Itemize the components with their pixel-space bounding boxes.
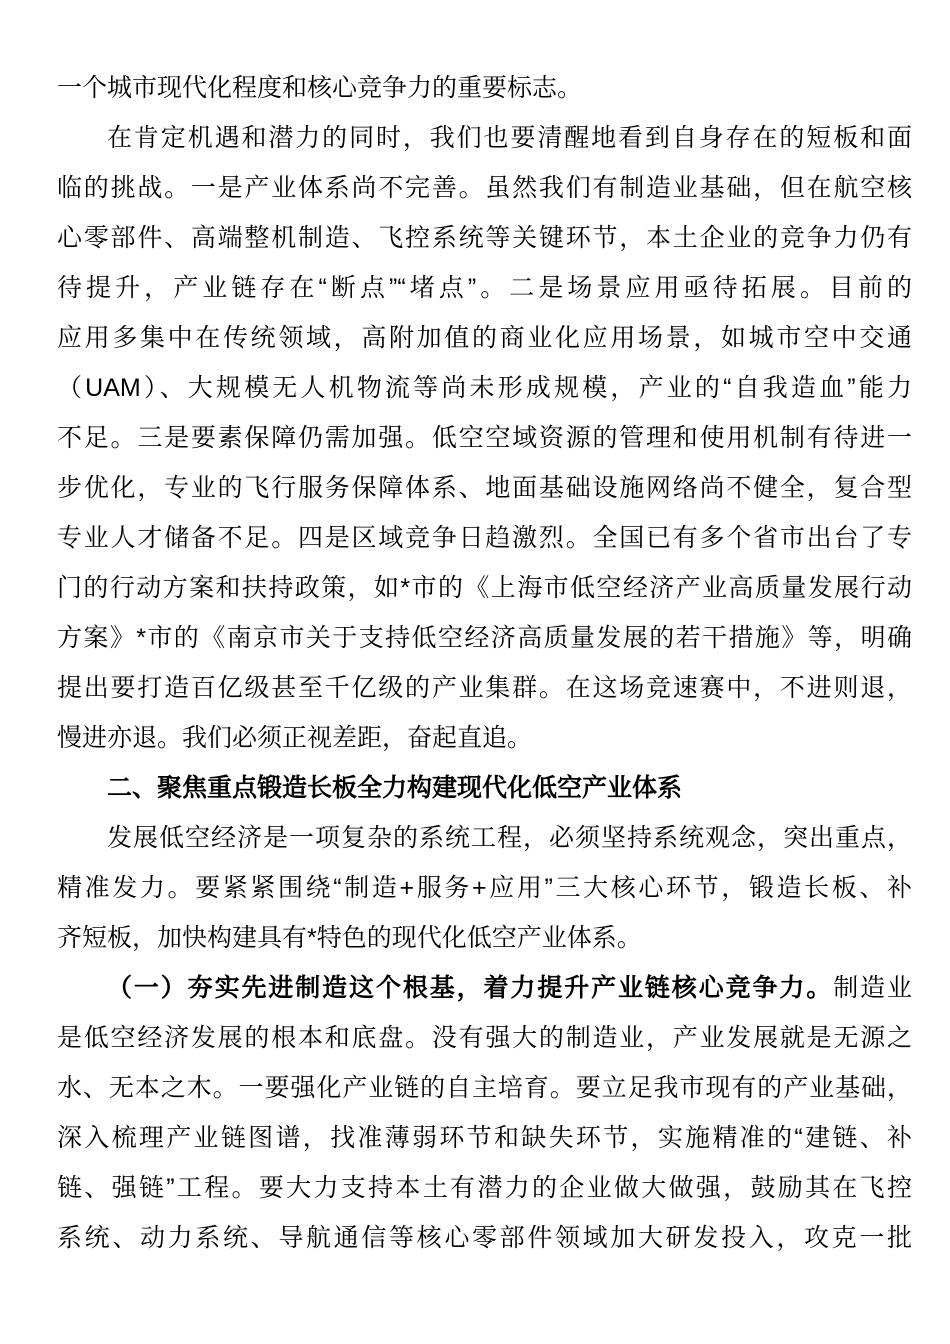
text-line-24: 系统、动力系统、导航通信等核心零部件领域加大研发投入，攻克一批 (57, 1213, 912, 1263)
text-line-1: 一个城市现代化程度和核心竞争力的重要标志。 (57, 63, 912, 113)
text-segment-bold: （一）夯实先进制造这个根基，着力提升产业链核心竞争力。 (107, 974, 833, 1002)
document-body: 一个城市现代化程度和核心竞争力的重要标志。在肯定机遇和潜力的同时，我们也要清醒地… (57, 63, 912, 1263)
text-line-5: 待提升，产业链存在“断点”“堵点”。二是场景应用亟待拓展。目前的 (57, 263, 912, 313)
text-line-21: 水、无本之木。一要强化产业链的自主培育。要立足我市现有的产业基础， (57, 1063, 912, 1113)
text-line-14: 慢进亦退。我们必须正视差距，奋起直追。 (57, 713, 912, 763)
text-line-7: （UAM）、大规模无人机物流等尚未形成规模，产业的“自我造血”能力 (57, 363, 912, 413)
text-line-10: 专业人才储备不足。四是区域竞争日趋激烈。全国已有多个省市出台了专 (57, 513, 912, 563)
text-line-6: 应用多集中在传统领域，高附加值的商业化应用场景，如城市空中交通 (57, 313, 912, 363)
text-line-17: 精准发力。要紧紧围绕“制造+服务+应用”三大核心环节，锻造长板、补 (57, 863, 912, 913)
text-line-23: 链、强链”工程。要大力支持本土有潜力的企业做大做强，鼓励其在飞控 (57, 1163, 912, 1213)
text-line-18: 齐短板，加快构建具有*特色的现代化低空产业体系。 (57, 913, 912, 963)
text-line-15: 二、聚焦重点锻造长板全力构建现代化低空产业体系 (57, 763, 912, 813)
text-line-8: 不足。三是要素保障仍需加强。低空空域资源的管理和使用机制有待进一 (57, 413, 912, 463)
text-line-19: （一）夯实先进制造这个根基，着力提升产业链核心竞争力。制造业 (57, 963, 912, 1013)
text-line-11: 门的行动方案和扶持政策，如*市的《上海市低空经济产业高质量发展行动 (57, 563, 912, 613)
text-line-3: 临的挑战。一是产业体系尚不完善。虽然我们有制造业基础，但在航空核 (57, 163, 912, 213)
text-line-9: 步优化，专业的飞行服务保障体系、地面基础设施网络尚不健全，复合型 (57, 463, 912, 513)
text-line-20: 是低空经济发展的根本和底盘。没有强大的制造业，产业发展就是无源之 (57, 1013, 912, 1063)
text-line-2: 在肯定机遇和潜力的同时，我们也要清醒地看到自身存在的短板和面 (57, 113, 912, 163)
text-line-22: 深入梳理产业链图谱，找准薄弱环节和缺失环节，实施精准的“建链、补 (57, 1113, 912, 1163)
text-line-12: 方案》*市的《南京市关于支持低空经济高质量发展的若干措施》等，明确 (57, 613, 912, 663)
document-page: 一个城市现代化程度和核心竞争力的重要标志。在肯定机遇和潜力的同时，我们也要清醒地… (0, 0, 950, 1344)
text-line-4: 心零部件、高端整机制造、飞控系统等关键环节，本土企业的竞争力仍有 (57, 213, 912, 263)
text-line-16: 发展低空经济是一项复杂的系统工程，必须坚持系统观念，突出重点， (57, 813, 912, 863)
text-segment: 制造业 (833, 974, 912, 1002)
text-line-13: 提出要打造百亿级甚至千亿级的产业集群。在这场竞速赛中，不进则退， (57, 663, 912, 713)
